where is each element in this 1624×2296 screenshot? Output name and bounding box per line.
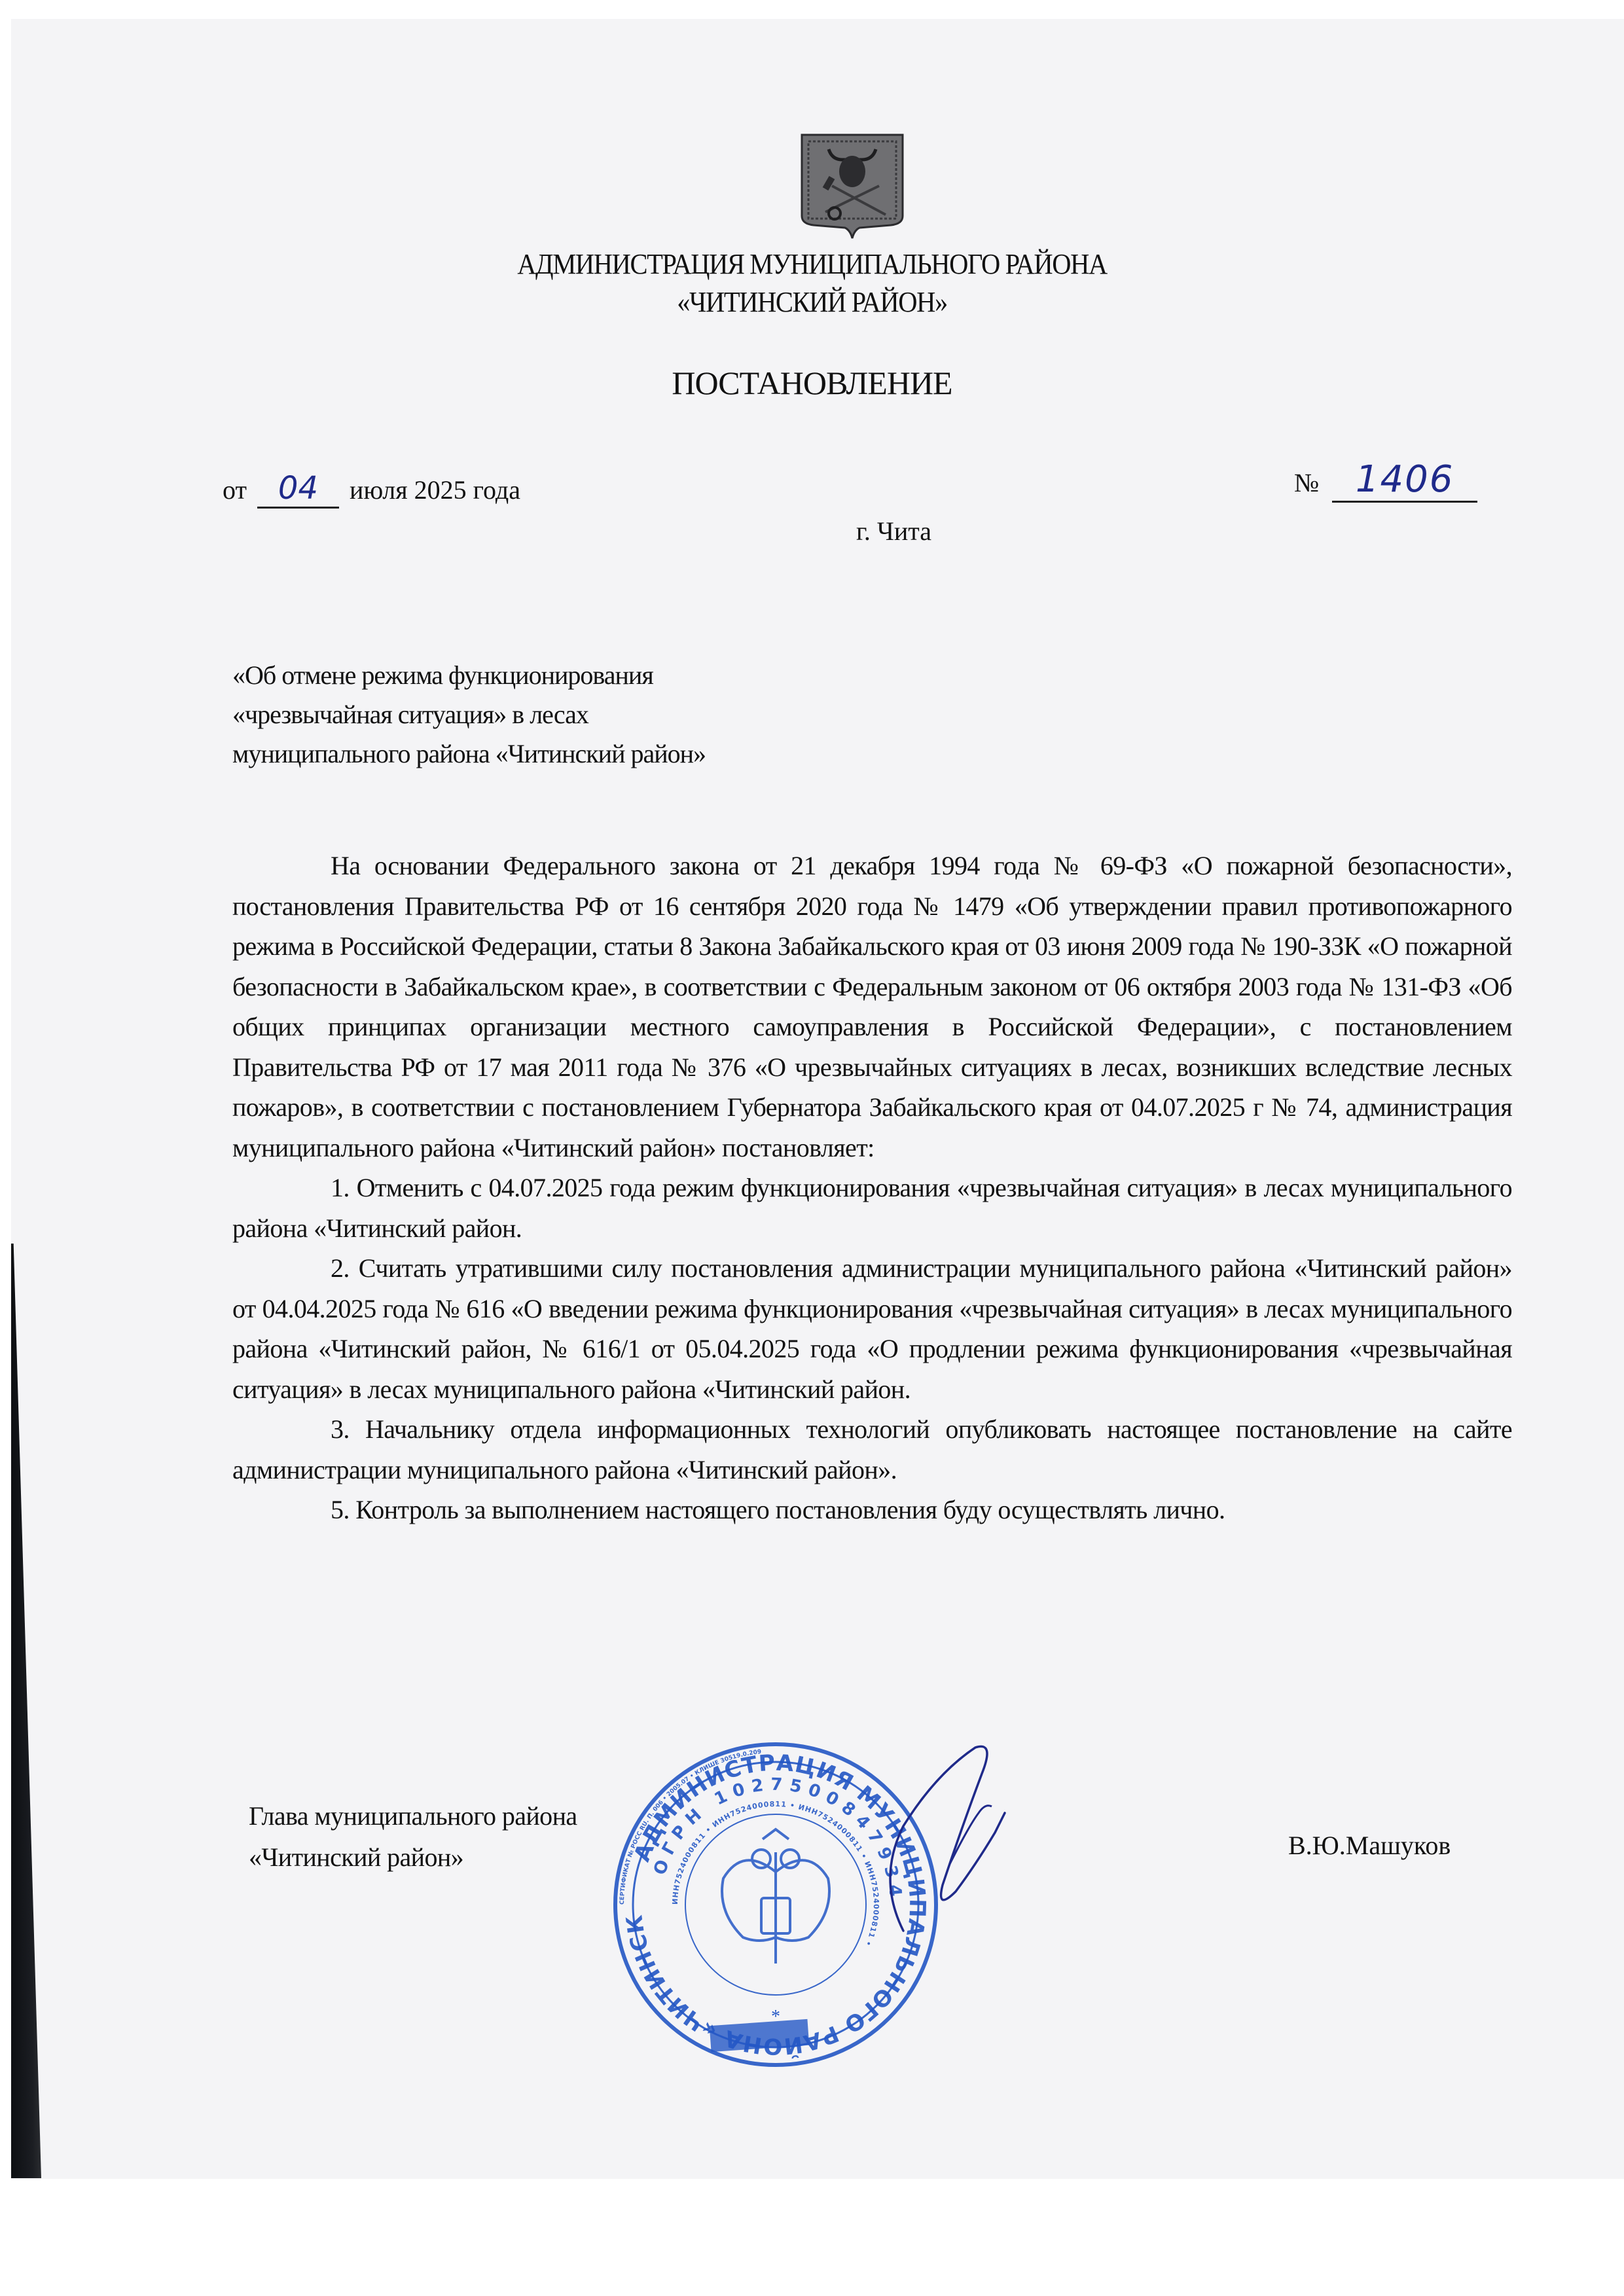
subject-line: муниципального района «Читинский район»: [232, 734, 706, 774]
handwritten-document-number: 1406: [1332, 458, 1477, 503]
signatory-name: В.Ю.Машуков: [1288, 1830, 1451, 1861]
number-sign: №: [1294, 468, 1319, 497]
signatory-position-line1: Глава муниципального района: [249, 1795, 577, 1837]
signatory-position-line2: «Читинский район»: [249, 1837, 577, 1878]
preamble-paragraph: На основании Федерального закона от 21 д…: [232, 846, 1512, 1168]
resolution-item-1: 1. Отменить с 04.07.2025 года режим функ…: [232, 1168, 1512, 1248]
organization-name-line2: «ЧИТИНСКИЙ РАЙОН»: [65, 285, 1559, 319]
subject-line: «Об отмене режима функционирования: [232, 656, 706, 695]
date-prefix: от: [223, 475, 247, 505]
organization-name-line1: АДМИНИСТРАЦИЯ МУНИЦИПАЛЬНОГО РАЙОНА: [65, 247, 1559, 281]
document-date: от 04 июля 2025 года: [223, 470, 520, 509]
city-label: г. Чита: [856, 516, 931, 547]
signatory-position: Глава муниципального района «Читинский р…: [249, 1795, 577, 1878]
document-number: № 1406: [1294, 458, 1477, 503]
document-type-title: ПОСТАНОВЛЕНИЕ: [0, 364, 1624, 402]
document-body: На основании Федерального закона от 21 д…: [232, 846, 1512, 1530]
resolution-item-3: 3. Начальнику отдела информационных техн…: [232, 1409, 1512, 1490]
handwritten-date-day: 04: [257, 470, 339, 509]
coat-of-arms-icon: [799, 132, 905, 240]
subject-line: «чрезвычайная ситуация» в лесах: [232, 695, 706, 734]
handwritten-signature: [864, 1734, 1008, 1944]
document-subject: «Об отмене режима функционирования «чрез…: [232, 656, 706, 774]
resolution-item-2: 2. Считать утратившими силу постановлени…: [232, 1248, 1512, 1409]
resolution-item-5: 5. Контроль за выполнением настоящего по…: [232, 1490, 1512, 1530]
date-suffix: июля 2025 года: [350, 475, 520, 505]
